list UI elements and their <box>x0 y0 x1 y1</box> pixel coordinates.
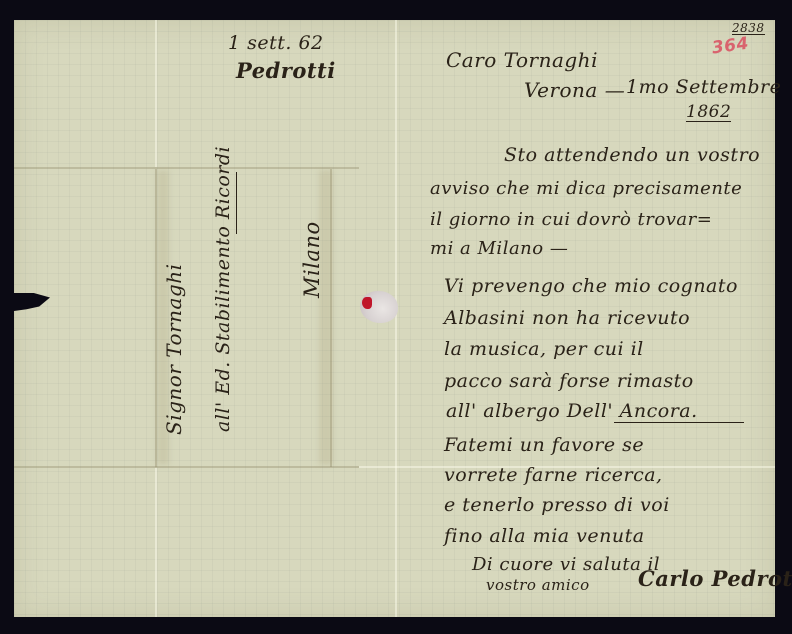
letter-line: Albasini non ha ricevuto <box>444 309 690 328</box>
date-year: 1862 <box>686 104 731 122</box>
address-city: Milano <box>302 221 323 298</box>
address-firm: all' Ed. Stabilimento Ricordi <box>214 146 233 432</box>
docket-date: 1 sett. 62 <box>228 34 324 53</box>
signature: Carlo Pedrotti <box>638 568 792 589</box>
closing: vostro amico <box>486 578 590 593</box>
place: Verona — <box>524 80 625 100</box>
letter-line: la musica, per cui il <box>444 340 644 359</box>
fold-line-center <box>395 20 397 617</box>
date-day: 1mo Settembre <box>626 78 781 97</box>
fold-stain <box>319 170 333 465</box>
letter-page: 1 sett. 62 Pedrotti 2838 364 Signor Torn… <box>14 20 775 617</box>
letter-line: pacco sarà forse rimasto <box>444 372 694 391</box>
archive-number: 2838 <box>732 22 765 35</box>
letter-line: fino alla mia venuta <box>444 527 645 546</box>
wax-seal <box>360 291 398 323</box>
address-underline <box>236 172 237 234</box>
docket-name: Pedrotti <box>236 60 336 81</box>
letter-line: il giorno in cui dovrò trovar= <box>430 211 712 229</box>
letter-line: Di cuore vi saluta il <box>472 556 660 574</box>
letter-line: Vi prevengo che mio cognato <box>444 277 738 296</box>
letter-line: Fatemi un favore se <box>444 436 644 455</box>
letter-line: e tenerlo presso di voi <box>444 496 670 515</box>
fold-line-lower <box>14 466 359 468</box>
salutation: Caro Tornaghi <box>446 50 598 70</box>
letter-line: avviso che mi dica precisamente <box>430 180 742 198</box>
address-recipient: Signor Tornaghi <box>164 263 184 435</box>
letter-line: all' albergo Dell' Ancora. <box>446 402 698 421</box>
letter-line: Sto attendendo un vostro <box>504 146 760 165</box>
archive-number-red: 364 <box>711 36 750 58</box>
fold-line-upper <box>14 167 359 169</box>
fold-line-left <box>155 20 157 167</box>
letter-line: mi a Milano — <box>430 240 568 258</box>
fold-line-left-bottom <box>155 468 157 617</box>
hotel-underline <box>614 422 744 423</box>
letter-line: vorrete farne ricerca, <box>444 466 663 485</box>
